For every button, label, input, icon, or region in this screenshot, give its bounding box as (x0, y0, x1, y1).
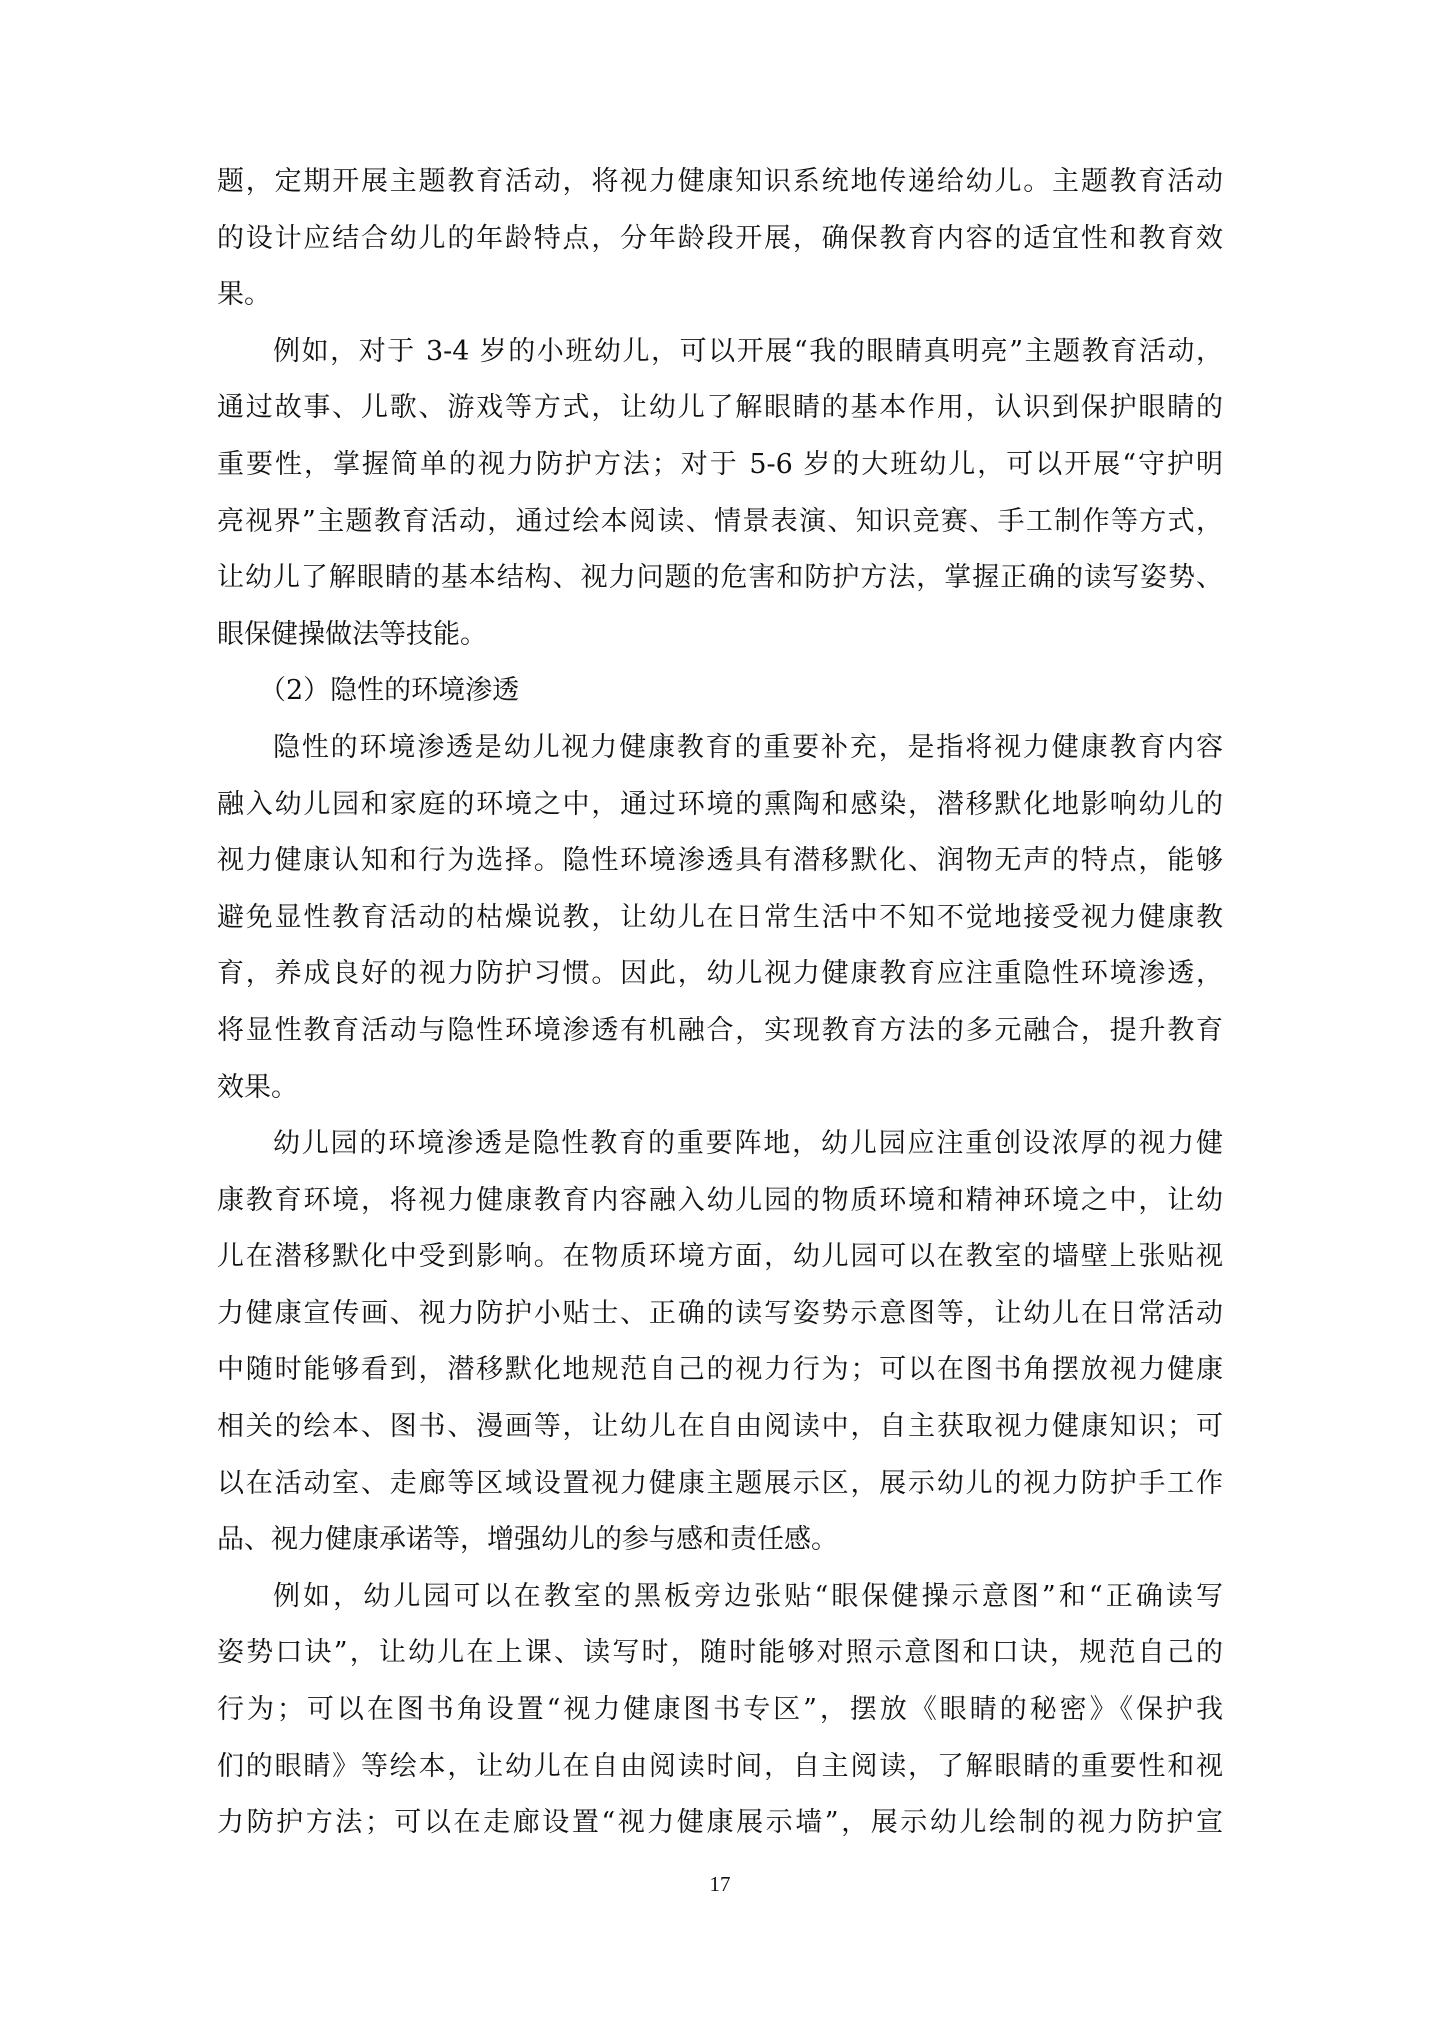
text-line: 儿在潜移默化中受到影响。在物质环境方面，幼儿园可以在教室的墙壁上张贴视 (217, 1229, 1223, 1286)
text-line: 视力健康认知和行为选择。隐性环境渗透具有潜移默化、润物无声的特点，能够 (217, 833, 1223, 890)
page-number: 17 (0, 1872, 1440, 1897)
text-line: 隐性的环境渗透是幼儿视力健康教育的重要补充，是指将视力健康教育内容 (217, 720, 1223, 777)
text-line: 例如，对于 3-4 岁的小班幼儿，可以开展“我的眼睛真明亮”主题教育活动， (217, 324, 1223, 381)
text-line: 将显性教育活动与隐性环境渗透有机融合，实现教育方法的多元融合，提升教育 (217, 1003, 1223, 1060)
text-line: 通过故事、儿歌、游戏等方式，让幼儿了解眼睛的基本作用，认识到保护眼睛的 (217, 380, 1223, 437)
text-line: 幼儿园的环境渗透是隐性教育的重要阵地，幼儿园应注重创设浓厚的视力健 (217, 1116, 1223, 1173)
text-line: 果。 (217, 267, 1223, 324)
text-line: 育，养成良好的视力防护习惯。因此，幼儿视力健康教育应注重隐性环境渗透， (217, 946, 1223, 1003)
text-line: 避免显性教育活动的枯燥说教，让幼儿在日常生活中不知不觉地接受视力健康教 (217, 890, 1223, 947)
document-page: 题，定期开展主题教育活动，将视力健康知识系统地传递给幼儿。主题教育活动 的设计应… (0, 0, 1440, 2036)
section-heading: （2）隐性的环境渗透 (217, 663, 1223, 720)
text-line: 重要性，掌握简单的视力防护方法；对于 5-6 岁的大班幼儿，可以开展“守护明 (217, 437, 1223, 494)
text-line: 行为；可以在图书角设置“视力健康图书专区”，摆放《眼睛的秘密》《保护我 (217, 1682, 1223, 1739)
text-line: 例如，幼儿园可以在教室的黑板旁边张贴“眼保健操示意图”和“正确读写 (217, 1569, 1223, 1626)
text-line: 眼保健操做法等技能。 (217, 607, 1223, 664)
text-line: 让幼儿了解眼睛的基本结构、视力问题的危害和防护方法，掌握正确的读写姿势、 (217, 550, 1223, 607)
text-line: 效果。 (217, 1060, 1223, 1117)
text-line: 亮视界”主题教育活动，通过绘本阅读、情景表演、知识竞赛、手工制作等方式， (217, 494, 1223, 551)
text-line: 题，定期开展主题教育活动，将视力健康知识系统地传递给幼儿。主题教育活动 (217, 154, 1223, 211)
text-line: 们的眼睛》等绘本，让幼儿在自由阅读时间，自主阅读，了解眼睛的重要性和视 (217, 1739, 1223, 1796)
text-line: 力健康宣传画、视力防护小贴士、正确的读写姿势示意图等，让幼儿在日常活动 (217, 1286, 1223, 1343)
text-line: 相关的绘本、图书、漫画等，让幼儿在自由阅读中，自主获取视力健康知识；可 (217, 1399, 1223, 1456)
text-line: 融入幼儿园和家庭的环境之中，通过环境的熏陶和感染，潜移默化地影响幼儿的 (217, 777, 1223, 834)
body-text: 题，定期开展主题教育活动，将视力健康知识系统地传递给幼儿。主题教育活动 的设计应… (217, 154, 1223, 1852)
text-line: 的设计应结合幼儿的年龄特点，分年龄段开展，确保教育内容的适宜性和教育效 (217, 211, 1223, 268)
text-line: 姿势口诀”，让幼儿在上课、读写时，随时能够对照示意图和口诀，规范自己的 (217, 1625, 1223, 1682)
text-line: 力防护方法；可以在走廊设置“视力健康展示墙”，展示幼儿绘制的视力防护宣 (217, 1795, 1223, 1852)
text-line: 康教育环境，将视力健康教育内容融入幼儿园的物质环境和精神环境之中，让幼 (217, 1173, 1223, 1230)
text-line: 品、视力健康承诺等，增强幼儿的参与感和责任感。 (217, 1512, 1223, 1569)
text-line: 以在活动室、走廊等区域设置视力健康主题展示区，展示幼儿的视力防护手工作 (217, 1456, 1223, 1513)
text-line: 中随时能够看到，潜移默化地规范自己的视力行为；可以在图书角摆放视力健康 (217, 1342, 1223, 1399)
